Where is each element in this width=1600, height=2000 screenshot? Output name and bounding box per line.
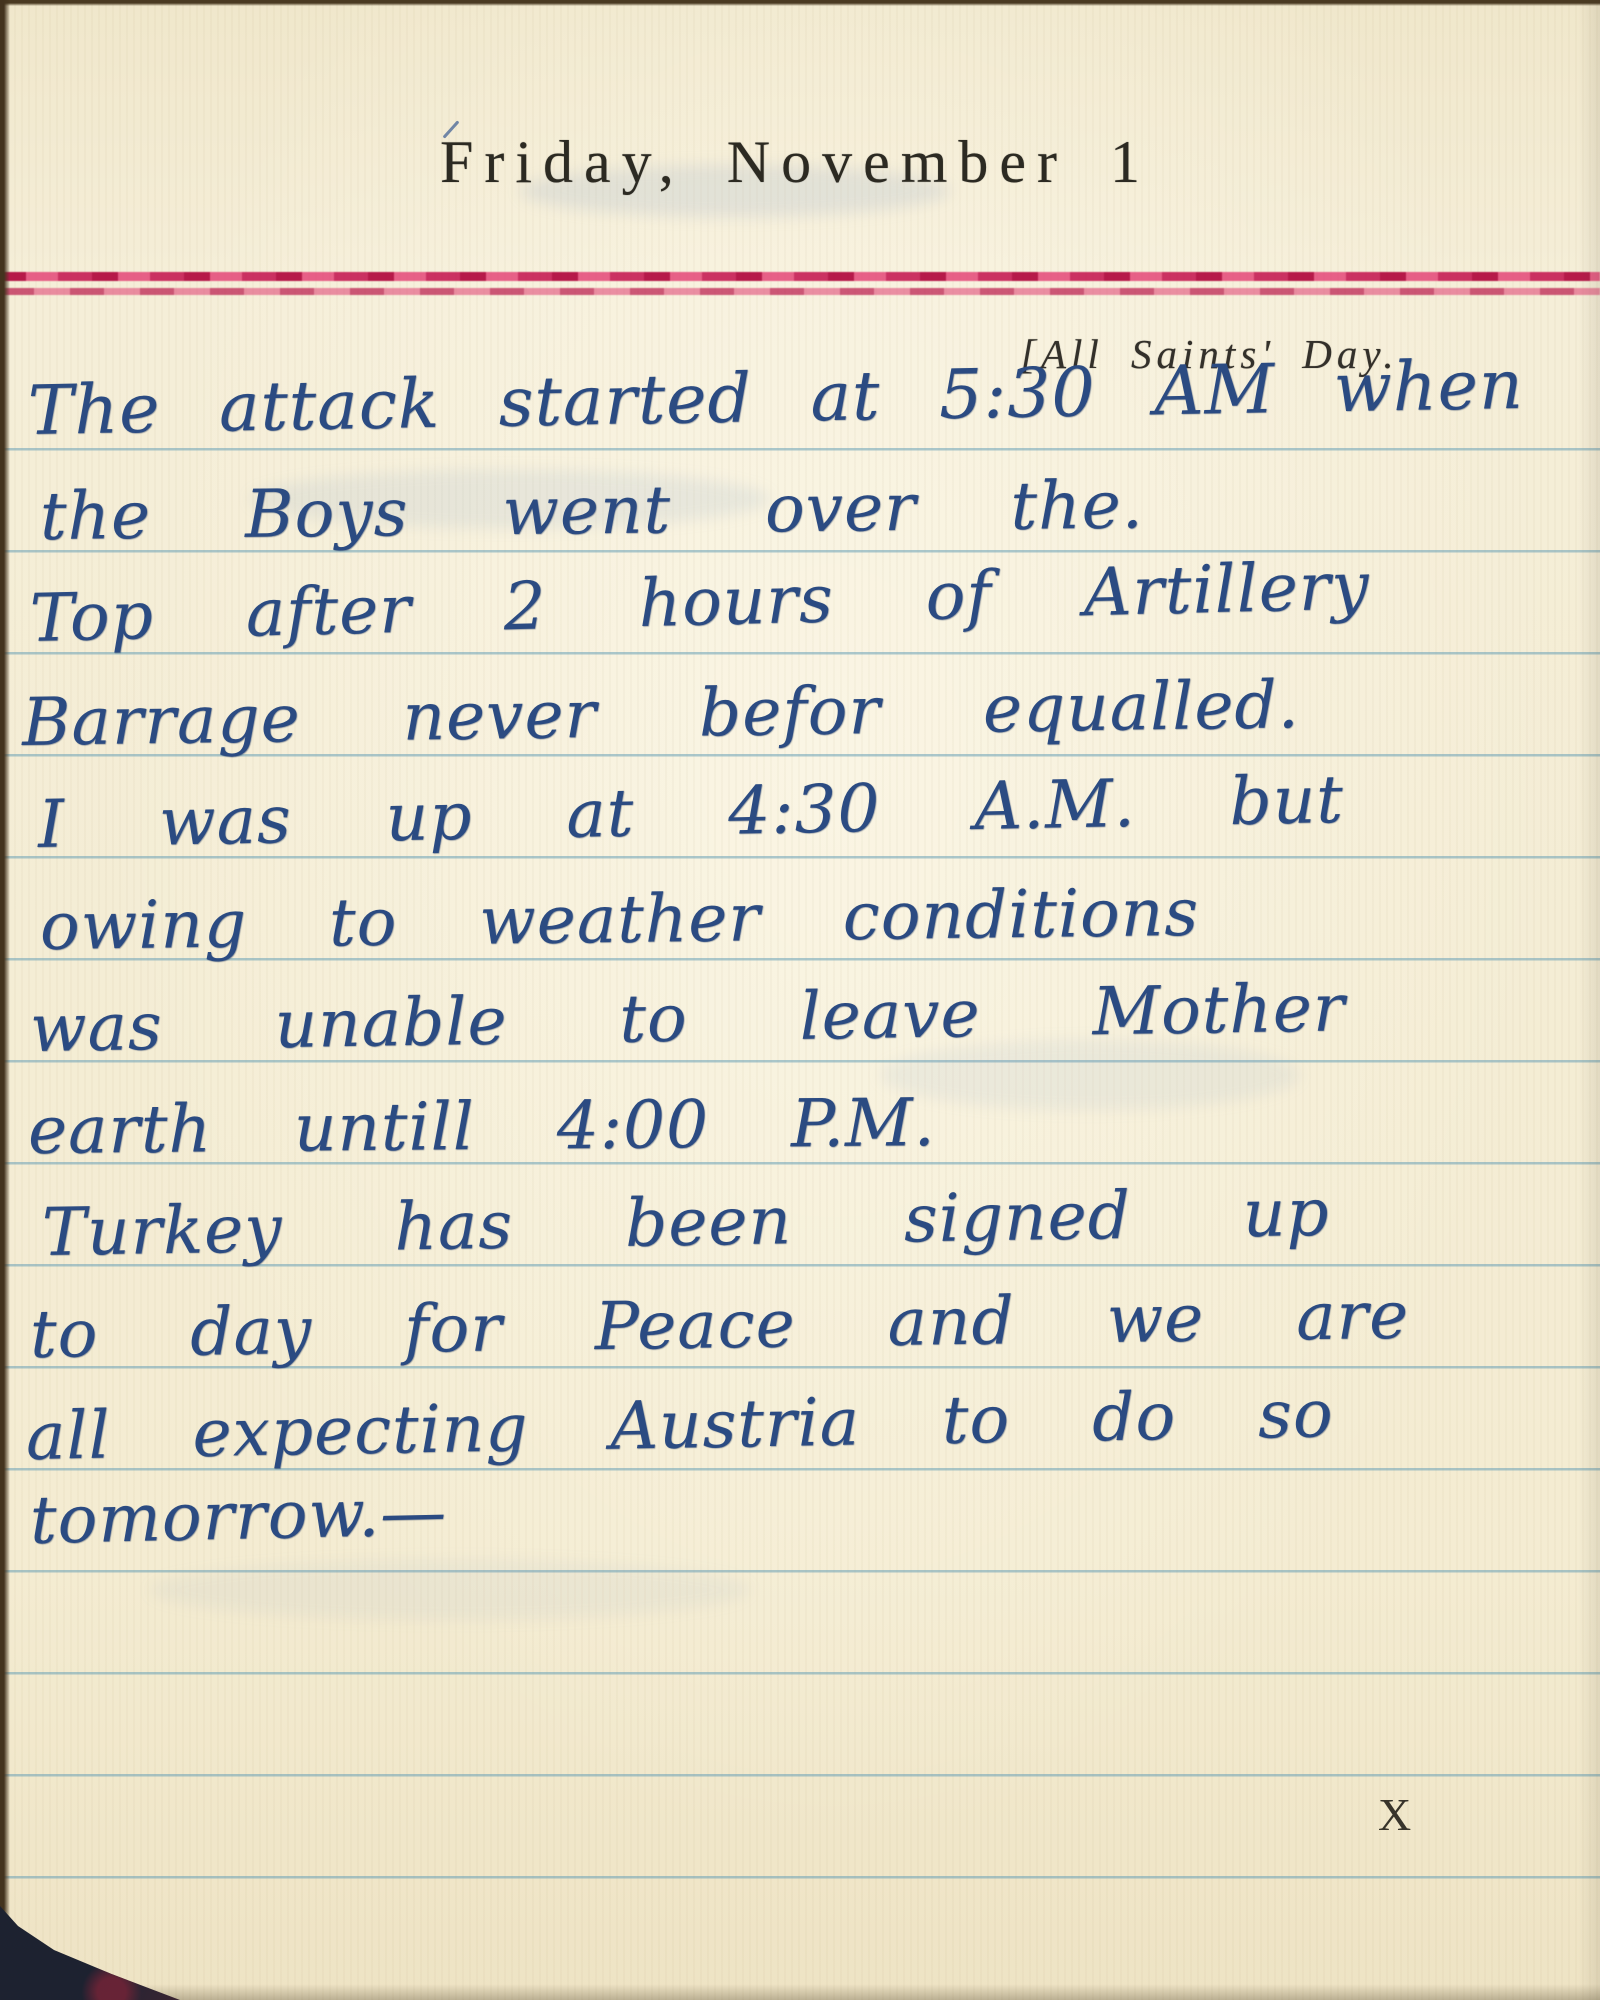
handwritten-line: the Boys went over the. xyxy=(40,466,1144,555)
handwritten-line: owing to weather conditions xyxy=(40,874,1200,965)
printed-date-header: Friday, November 1 xyxy=(440,128,1151,197)
scan-edge-right xyxy=(1578,0,1600,2000)
scan-edge-bottom xyxy=(0,1984,1600,2000)
handwritten-line: tomorrow.— xyxy=(29,1473,448,1559)
scan-edge-top xyxy=(0,0,1600,6)
scan-edge-left xyxy=(0,0,10,2000)
handwritten-line: earth untill 4:00 P.M. xyxy=(28,1084,936,1169)
red-margin-rule-top xyxy=(0,272,1600,281)
printed-signature-mark: X xyxy=(1378,1788,1411,1841)
diary-page: Friday, November 1 [All Saints' Day. The… xyxy=(0,0,1600,2000)
red-margin-rule-bottom xyxy=(0,288,1600,295)
handwritten-line: The attack started at 5:30 AM when xyxy=(27,346,1524,451)
